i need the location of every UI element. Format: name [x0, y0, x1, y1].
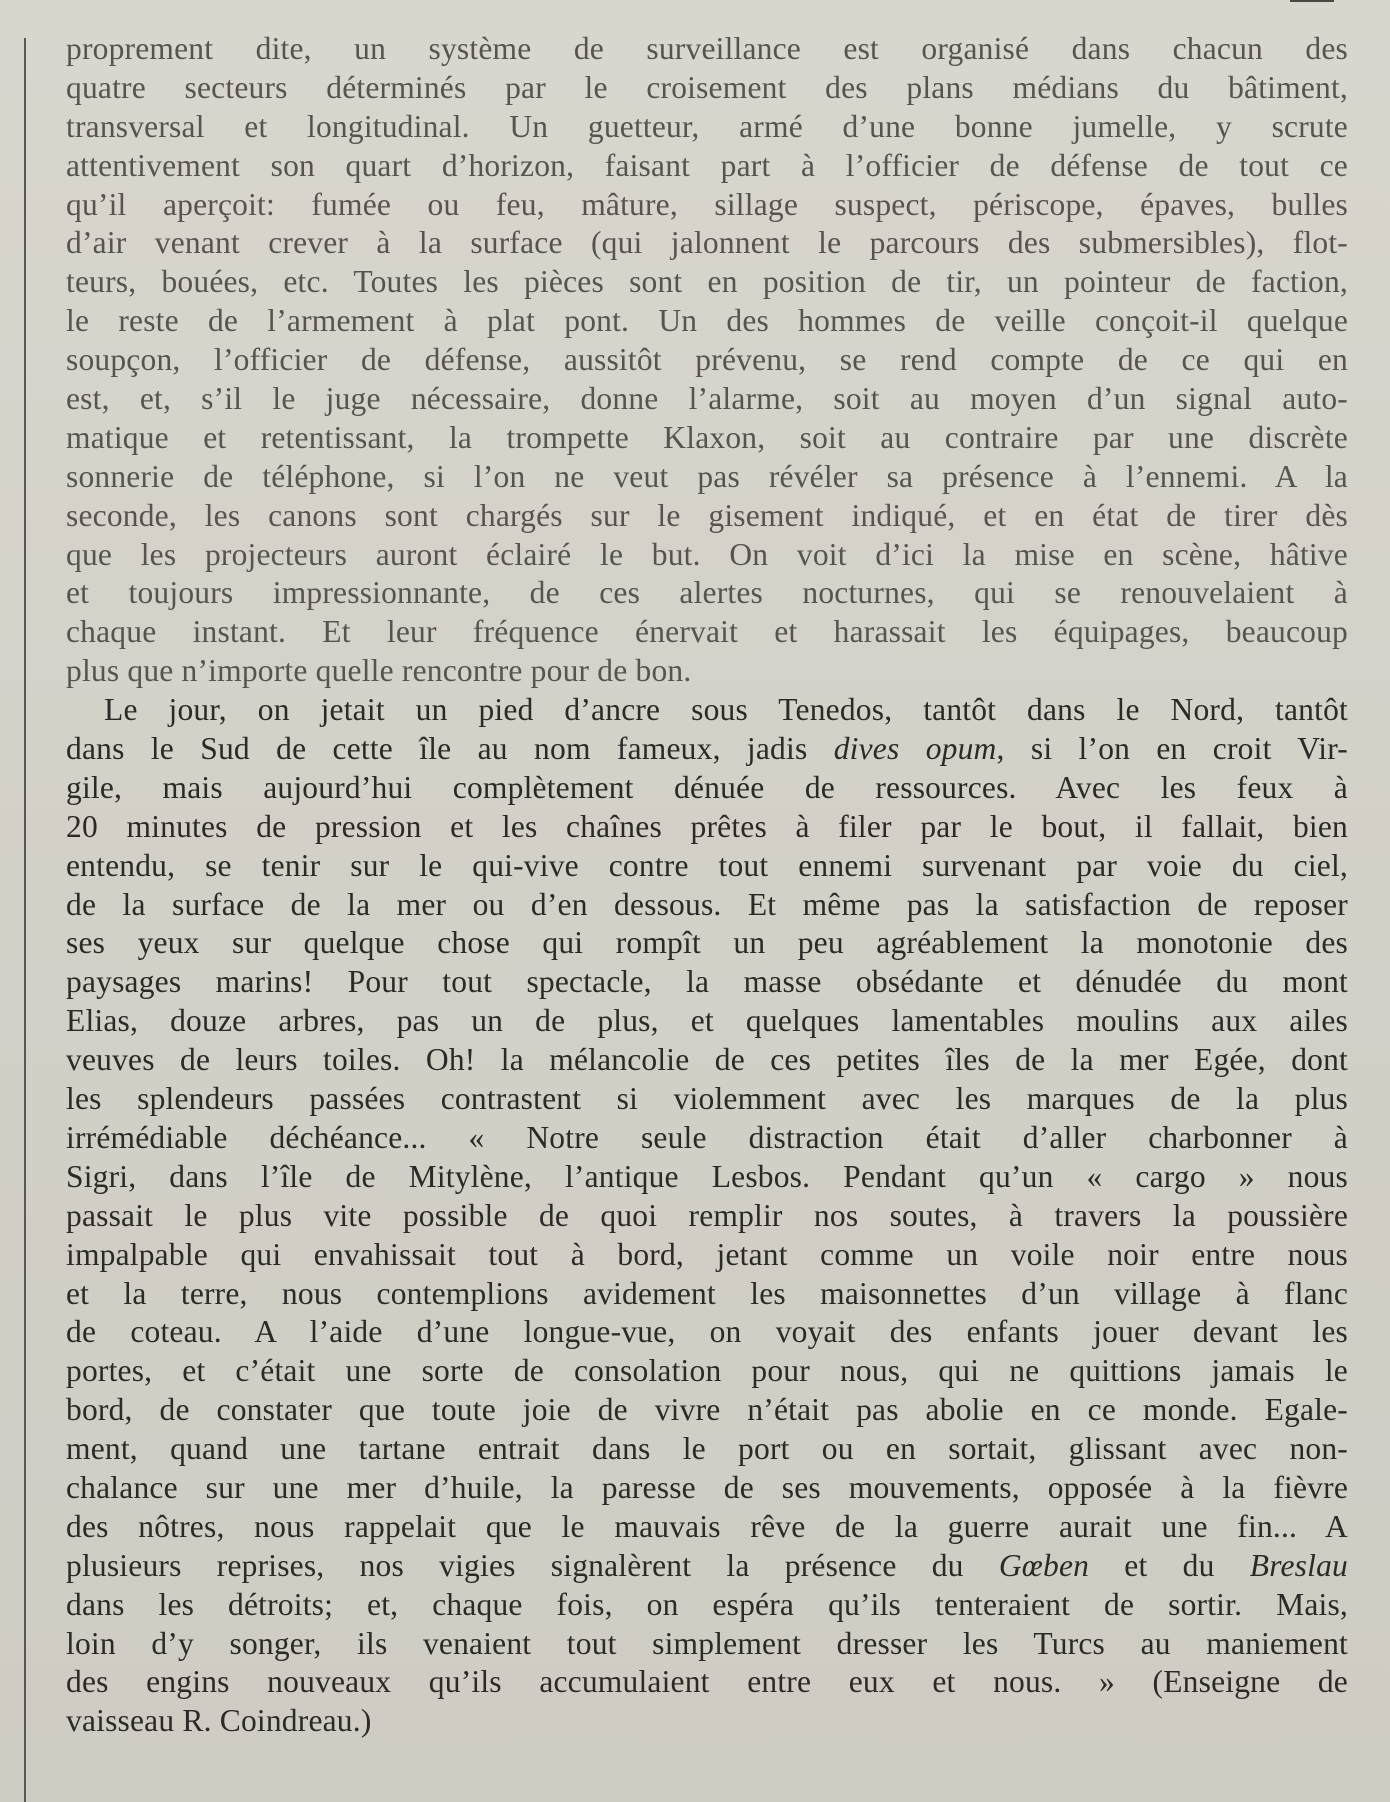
left-margin-rule [24, 38, 26, 1802]
text-line: plusieurs reprises, nos vigies signalère… [66, 1547, 1348, 1586]
text-line: que les projecteurs auront éclairé le bu… [66, 536, 1348, 575]
text-line: d’air venant crever à la surface (qui ja… [66, 224, 1348, 263]
text-line: Le jour, on jetait un pied d’ancre sous … [66, 691, 1348, 730]
text-line: entendu, se tenir sur le qui-vive contre… [66, 847, 1348, 886]
text-line: des nôtres, nous rappelait que le mauvai… [66, 1508, 1348, 1547]
text-line: impalpable qui envahissait tout à bord, … [66, 1236, 1348, 1275]
text-line: chalance sur une mer d’huile, la paresse… [66, 1469, 1348, 1508]
text-line: sonnerie de téléphone, si l’on ne veut p… [66, 458, 1348, 497]
text-line: irrémédiable déchéance... « Notre seule … [66, 1119, 1348, 1158]
text-line: et toujours impressionnante, de ces aler… [66, 574, 1348, 613]
text-line: paysages marins! Pour tout spectacle, la… [66, 963, 1348, 1002]
italic-term: dives opum [834, 731, 997, 766]
text-line: matique et retentissant, la trompette Kl… [66, 419, 1348, 458]
top-rule-divider [1290, 0, 1334, 2]
text-line: soupçon, l’officier de défense, aussitôt… [66, 341, 1348, 380]
text-line: quatre secteurs déterminés par le croise… [66, 69, 1348, 108]
text-line: ses yeux sur quelque chose qui rompît un… [66, 924, 1348, 963]
text-line: passait le plus vite possible de quoi re… [66, 1197, 1348, 1236]
text-line: loin d’y songer, ils venaient tout simpl… [66, 1625, 1348, 1664]
text-line: seconde, les canons sont chargés sur le … [66, 497, 1348, 536]
scanned-page: proprement dite, un système de surveilla… [0, 0, 1390, 1802]
text-line: plus que n’importe quelle rencontre pour… [66, 652, 1348, 691]
text-line: dans le Sud de cette île au nom fameux, … [66, 730, 1348, 769]
text-line: 20 minutes de pression et les chaînes pr… [66, 808, 1348, 847]
body-text: proprement dite, un système de surveilla… [66, 30, 1348, 1741]
text-line: le reste de l’armement à plat pont. Un d… [66, 302, 1348, 341]
paragraph-2: Le jour, on jetait un pied d’ancre sous … [66, 691, 1348, 1741]
text-line: de coteau. A l’aide d’une longue-vue, on… [66, 1313, 1348, 1352]
text-line: dans les détroits; et, chaque fois, on e… [66, 1586, 1348, 1625]
text-line: et la terre, nous contemplions avidement… [66, 1275, 1348, 1314]
text-line: proprement dite, un système de surveilla… [66, 30, 1348, 69]
text-line: Sigri, dans l’île de Mitylène, l’antique… [66, 1158, 1348, 1197]
italic-term: Breslau [1250, 1548, 1348, 1583]
text-line: attentivement son quart d’horizon, faisa… [66, 147, 1348, 186]
text-line: portes, et c’était une sorte de consolat… [66, 1352, 1348, 1391]
text-line: qu’il aperçoit: fumée ou feu, mâture, si… [66, 186, 1348, 225]
text-line: chaque instant. Et leur fréquence énerva… [66, 613, 1348, 652]
text-line: les splendeurs passées contrastent si vi… [66, 1080, 1348, 1119]
text-line: bord, de constater que toute joie de viv… [66, 1391, 1348, 1430]
text-line: des engins nouveaux qu’ils accumulaient … [66, 1663, 1348, 1702]
italic-term: Gœben [999, 1548, 1089, 1583]
text-line: teurs, bouées, etc. Toutes les pièces so… [66, 263, 1348, 302]
paragraph-1: proprement dite, un système de surveilla… [66, 30, 1348, 691]
text-line: ment, quand une tartane entrait dans le … [66, 1430, 1348, 1469]
text-line: transversal et longitudinal. Un guetteur… [66, 108, 1348, 147]
text-line: Elias, douze arbres, pas un de plus, et … [66, 1002, 1348, 1041]
text-line: veuves de leurs toiles. Oh! la mélancoli… [66, 1041, 1348, 1080]
text-line: est, et, s’il le juge nécessaire, donne … [66, 380, 1348, 419]
text-line: gile, mais aujourd’hui complètement dénu… [66, 769, 1348, 808]
text-line: vaisseau R. Coindreau.) [66, 1702, 1348, 1741]
text-line: de la surface de la mer ou d’en dessous.… [66, 886, 1348, 925]
